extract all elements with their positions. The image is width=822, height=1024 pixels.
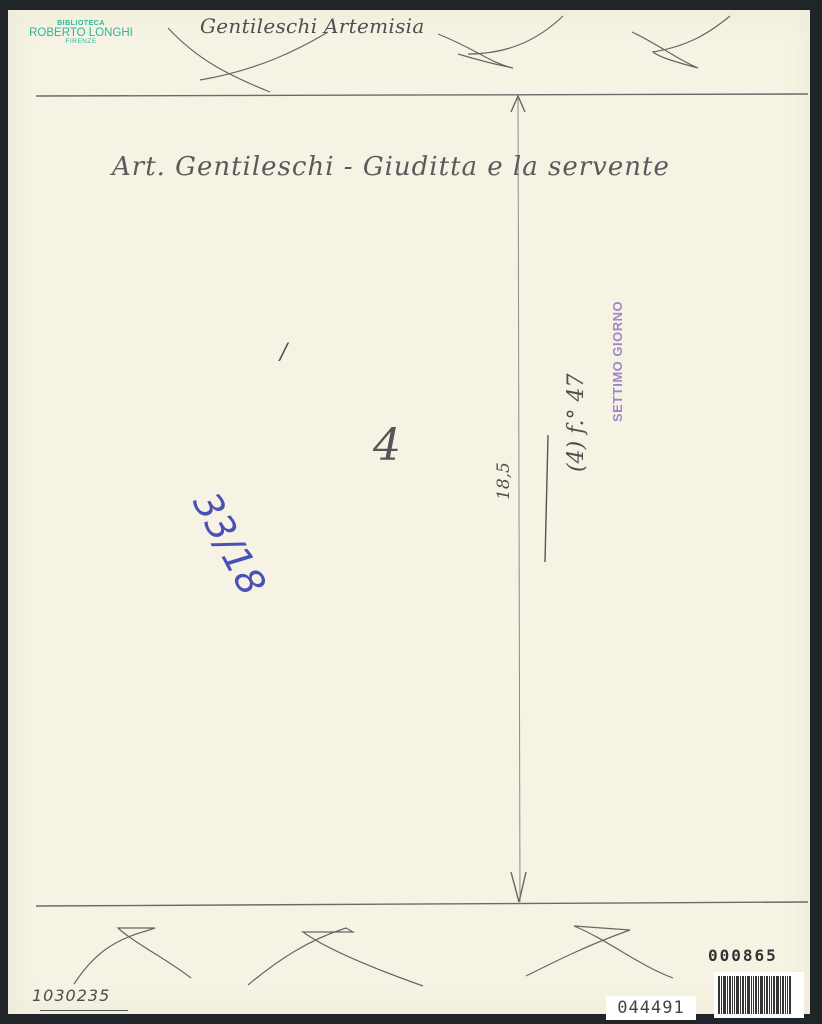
pencil-number: 4	[373, 420, 401, 471]
photo-verso-sheet: BIBLIOTECA ROBERTO LONGHI FIRENZE Gentil…	[8, 10, 810, 1014]
measurement-label: 18,5	[494, 462, 514, 500]
library-stamp-line1: BIBLIOTECA	[26, 20, 136, 27]
pencil-tick-mark: /	[280, 340, 287, 365]
archive-code: 000865	[708, 946, 778, 965]
artist-heading: Gentileschi Artemisia	[200, 14, 425, 38]
library-stamp-line3: FIRENZE	[26, 39, 136, 46]
number-label: 044491	[606, 996, 696, 1020]
artwork-caption: Art. Gentileschi - Giuditta e la servent…	[112, 152, 670, 182]
barcode-icon	[714, 972, 804, 1018]
inventory-number: 1030235	[32, 986, 110, 1005]
inventory-underline	[40, 1010, 128, 1011]
sheet-reference: (4) f.° 47	[564, 374, 589, 473]
library-stamp: BIBLIOTECA ROBERTO LONGHI FIRENZE	[26, 20, 136, 46]
settimo-giorno-stamp: SETTIMO GIORNO	[610, 301, 625, 422]
